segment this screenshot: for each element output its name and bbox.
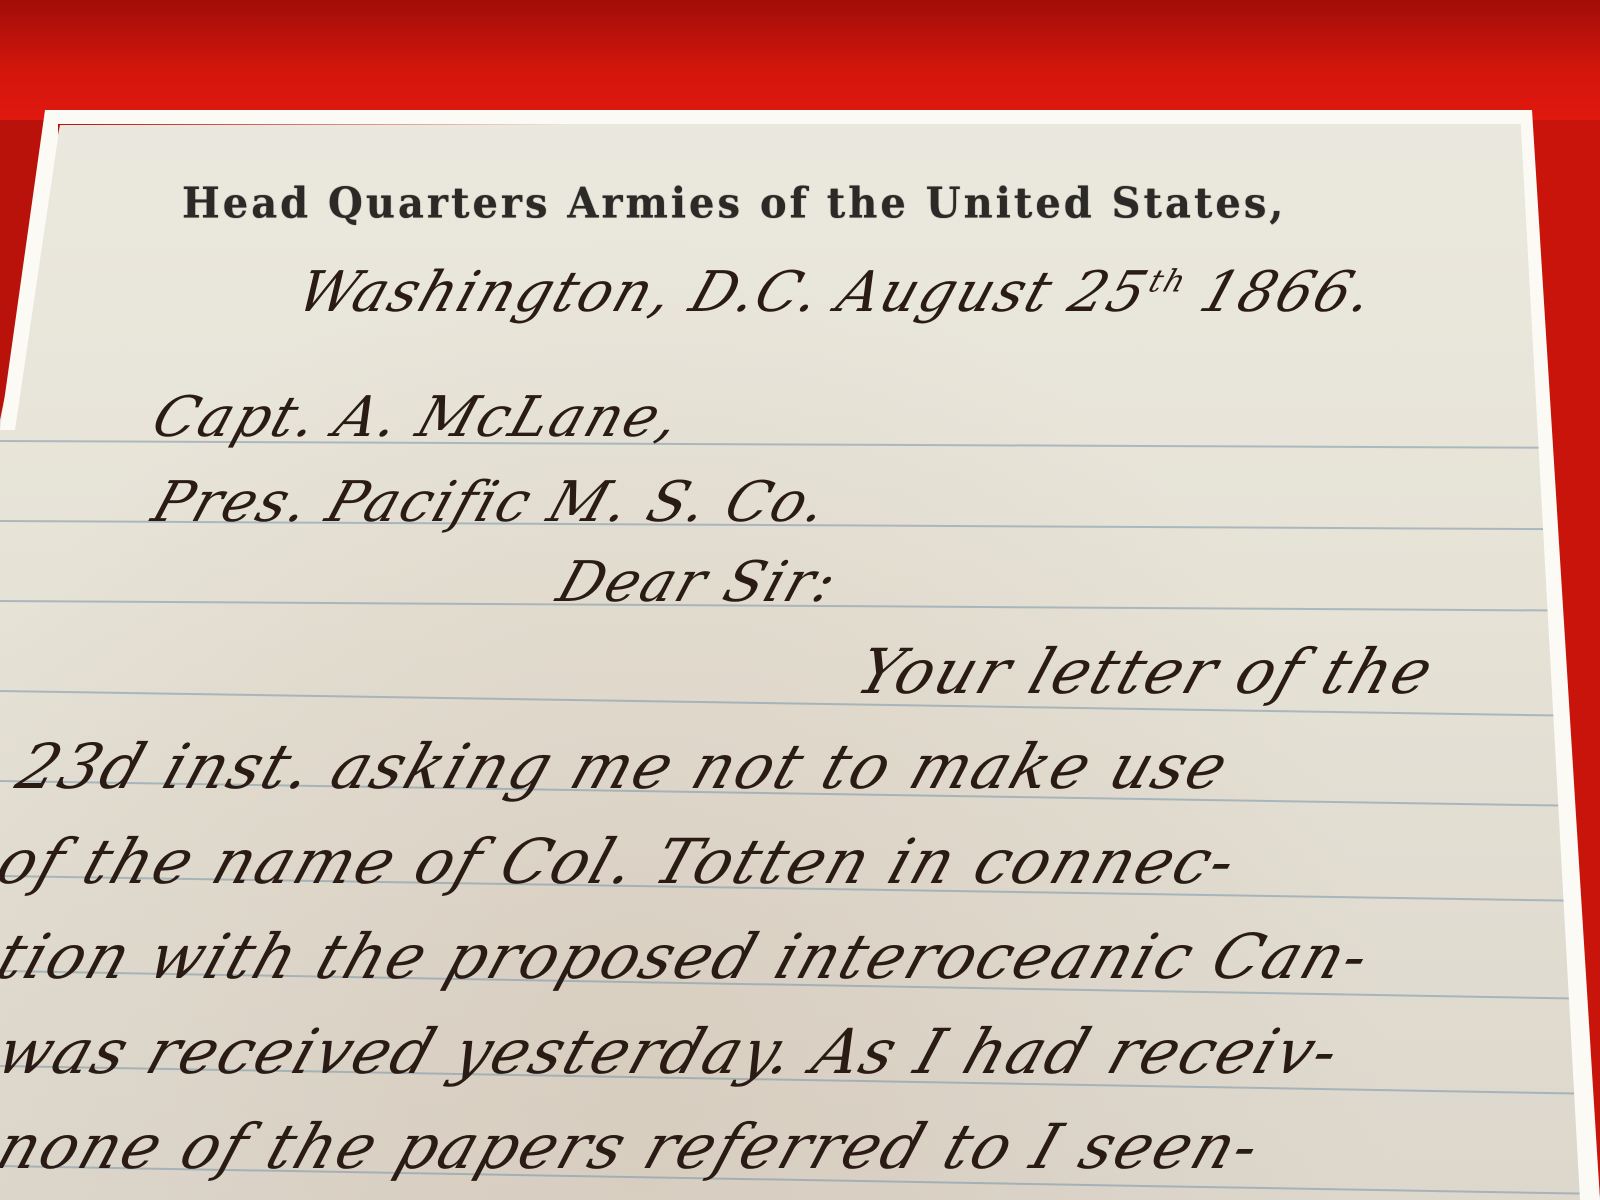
dateline-year: 1866. — [1192, 260, 1383, 325]
addressee-line-1: Capt. A. McLane, — [144, 385, 690, 450]
letter-paper: Head Quarters Armies of the United State… — [0, 0, 1600, 1200]
body-line: was received yesterday. As I had receiv- — [0, 1015, 1350, 1088]
dateline: Washington, D.C. August 25th 1866. — [289, 260, 1383, 325]
body-line: tion with the proposed interoceanic Can- — [0, 920, 1380, 993]
dateline-day: 25 — [1061, 260, 1157, 325]
body-line: 23d inst. asking me not to make use — [8, 730, 1239, 803]
mat-top-shadow — [0, 0, 1600, 120]
dateline-place: Washington, D.C. — [289, 260, 830, 325]
body-line: of the name of Col. Totten in connec- — [0, 825, 1247, 898]
mat-bevel-top — [45, 110, 1523, 124]
body-line: none of the papers referred to I seen- — [0, 1110, 1270, 1183]
letterhead: Head Quarters Armies of the United State… — [182, 179, 1212, 228]
dateline-month: August — [829, 260, 1062, 325]
salutation: Dear Sir: — [549, 550, 846, 615]
body-line: Your letter of the — [848, 635, 1444, 708]
addressee-line-2: Pres. Pacific M. S. Co. — [144, 470, 837, 535]
